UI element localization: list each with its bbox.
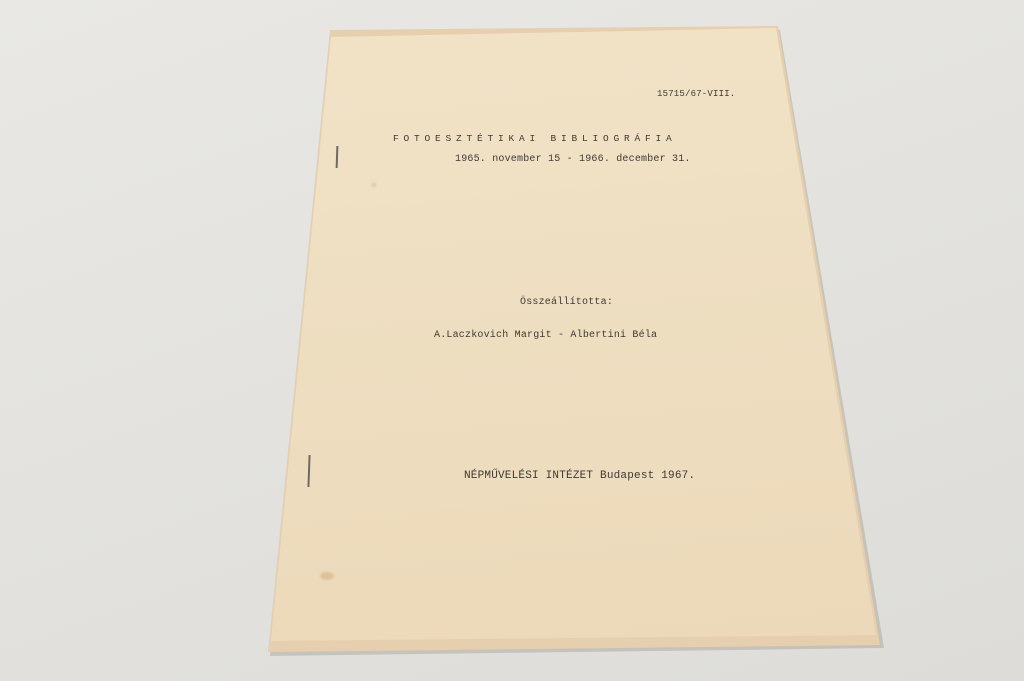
publisher-line: NÉPMŰVELÉSI INTÉZET Budapest 1967. (464, 470, 695, 482)
authors: A.Laczkovich Margit - Albertini Béla (434, 330, 657, 341)
paper-stain (320, 572, 334, 580)
compiled-by-label: Összeállította: (520, 297, 613, 308)
paper-stain (372, 183, 376, 187)
reference-number: 15715/67-VIII. (657, 89, 735, 99)
date-range: 1965. november 15 - 1966. december 31. (455, 154, 691, 165)
document-title: FOTOESZTÉTIKAI BIBLIOGRÁFIA (393, 133, 677, 144)
document-scene: 15715/67-VIII. FOTOESZTÉTIKAI BIBLIOGRÁF… (0, 0, 1024, 681)
